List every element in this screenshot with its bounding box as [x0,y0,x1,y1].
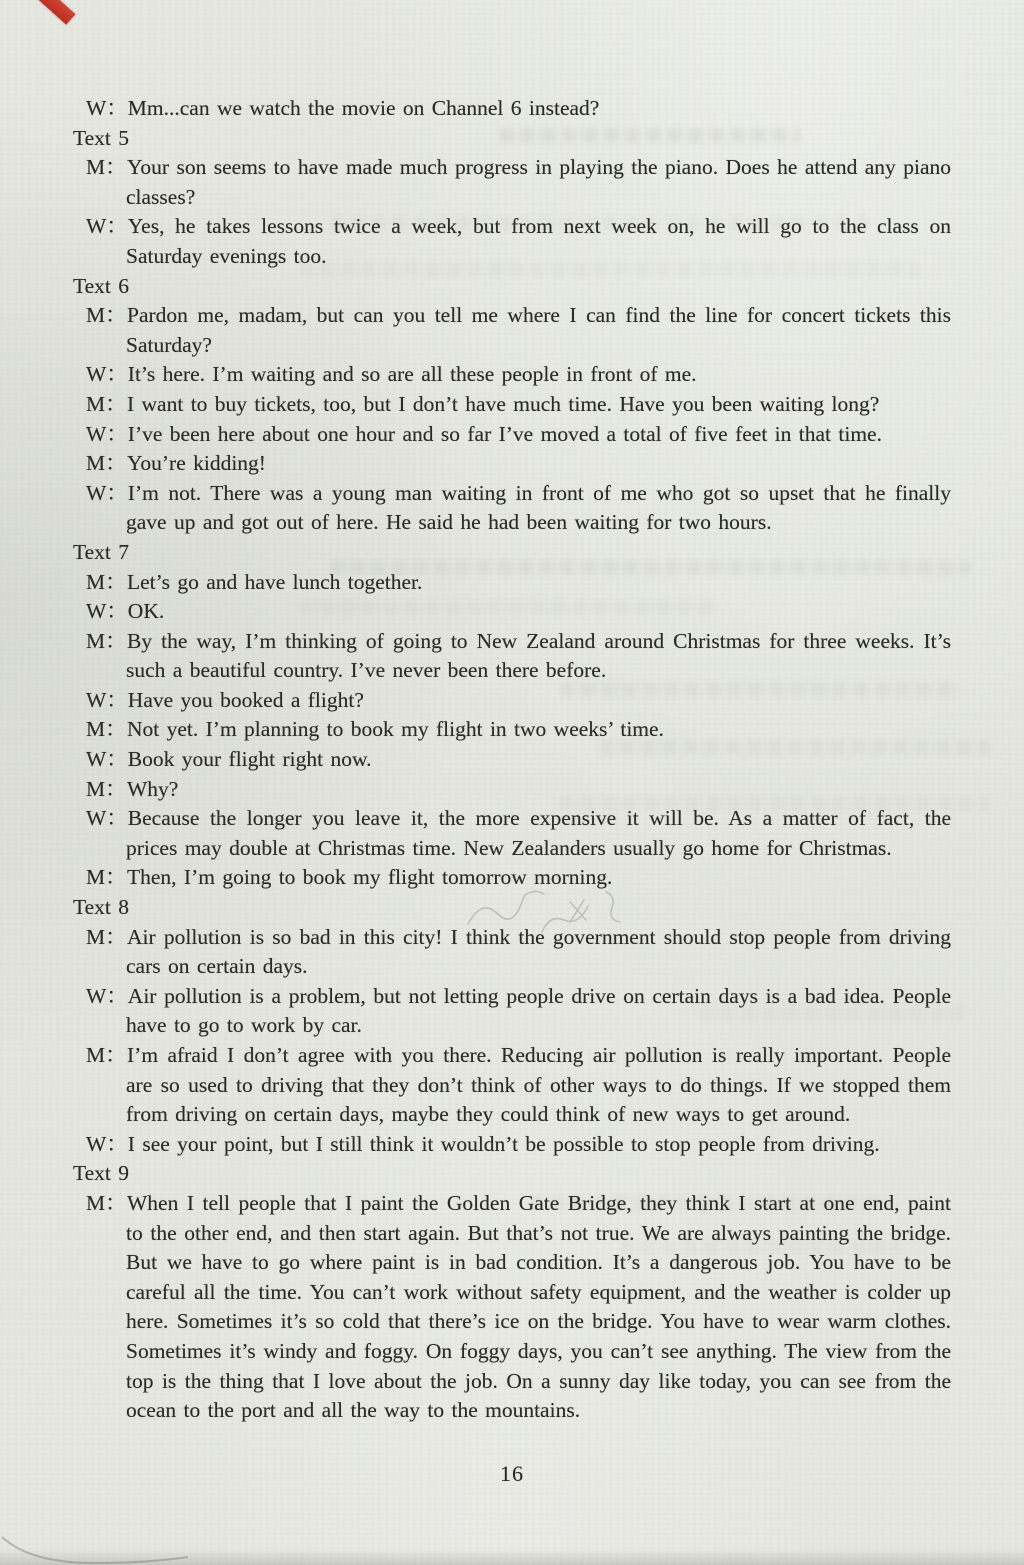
dialogue-line: W：I see your point, but I still think it… [73,1130,951,1160]
speaker-label: M： [86,1041,127,1071]
dialogue-text: Why? [127,777,178,801]
dialogue-line: M：Then, I’m going to book my flight tomo… [73,863,951,893]
speaker-label: W： [86,479,128,509]
dialogue-line: W：Yes, he takes lessons twice a week, bu… [73,212,951,271]
dialogue-line: W：OK. [73,597,951,627]
dialogue-line: M：Pardon me, madam, but can you tell me … [73,301,951,360]
speaker-label: M： [86,1189,127,1219]
dialogue-text: Yes, he takes lessons twice a week, but … [126,214,951,268]
text-section-heading: Text 7 [73,538,951,568]
dialogue-text: I see your point, but I still think it w… [128,1132,880,1156]
dialogue-line: W：I’ve been here about one hour and so f… [73,420,951,450]
dialogue-line: W：Because the longer you leave it, the m… [73,804,951,863]
dialogue-line: W：Mm...can we watch the movie on Channel… [73,94,951,124]
dialogue-text: Then, I’m going to book my flight tomorr… [127,865,612,889]
speaker-label: W： [86,212,128,242]
speaker-label: W： [86,597,128,627]
speaker-label: M： [86,715,127,745]
speaker-label: M： [86,153,127,183]
dialogue-line: M：Air pollution is so bad in this city! … [73,923,951,982]
dialogue-text: You’re kidding! [127,451,266,475]
speaker-label: M： [86,923,127,953]
dialogue-line: M：You’re kidding! [73,449,951,479]
dialogue-line: W：I’m not. There was a young man waiting… [73,479,951,538]
speaker-label: W： [86,1130,128,1160]
dialogue-line: M：When I tell people that I paint the Go… [73,1189,951,1426]
text-section-heading: Text 8 [73,893,951,923]
speaker-label: M： [86,449,127,479]
dialogue-text: It’s here. I’m waiting and so are all th… [128,362,697,386]
scanned-page: W：Mm...can we watch the movie on Channel… [0,0,1024,1565]
dialogue-line: M：Your son seems to have made much progr… [73,153,951,212]
dialogue-text: I’m afraid I don’t agree with you there.… [126,1043,951,1126]
speaker-label: W： [86,804,128,834]
speaker-label: W： [86,94,128,124]
speaker-label: M： [86,301,127,331]
dialogue-text: Your son seems to have made much progres… [126,155,951,209]
dialogue-text: Air pollution is a problem, but not lett… [126,984,951,1038]
dialogue-line: M：By the way, I’m thinking of going to N… [73,627,951,686]
speaker-label: M： [86,775,127,805]
speaker-label: W： [86,360,128,390]
dialogue-line: M：Why? [73,775,951,805]
speaker-label: M： [86,863,127,893]
dialogue-line: M：Let’s go and have lunch together. [73,568,951,598]
dialogue-text: By the way, I’m thinking of going to New… [126,629,951,683]
dialogue-text: Because the longer you leave it, the mor… [126,806,951,860]
dialogue-text: OK. [128,599,164,623]
text-section-heading: Text 6 [73,272,951,302]
dialogue-line: M：Not yet. I’m planning to book my fligh… [73,715,951,745]
speaker-label: M： [86,568,127,598]
transcript: W：Mm...can we watch the movie on Channel… [73,0,951,1426]
text-section-heading: Text 9 [73,1159,951,1189]
dialogue-text: I’ve been here about one hour and so far… [128,422,882,446]
speaker-label: M： [86,627,127,657]
page-curl-line [0,1531,190,1565]
dialogue-text: Let’s go and have lunch together. [127,570,422,594]
speaker-label: W： [86,745,128,775]
red-corner-mark [19,0,76,25]
dialogue-line: W：Air pollution is a problem, but not le… [73,982,951,1041]
dialogue-line: M：I want to buy tickets, too, but I don’… [73,390,951,420]
dialogue-text: When I tell people that I paint the Gold… [126,1191,951,1422]
speaker-label: W： [86,982,128,1012]
dialogue-text: Book your flight right now. [128,747,372,771]
dialogue-line: M：I’m afraid I don’t agree with you ther… [73,1041,951,1130]
dialogue-text: Air pollution is so bad in this city! I … [126,925,951,979]
text-section-heading: Text 5 [73,124,951,154]
page-number: 16 [0,1461,1024,1487]
dialogue-text: I’m not. There was a young man waiting i… [126,481,951,535]
dialogue-text: Have you booked a flight? [128,688,364,712]
dialogue-line: W：Have you booked a flight? [73,686,951,716]
dialogue-text: Not yet. I’m planning to book my flight … [127,717,664,741]
speaker-label: M： [86,390,127,420]
dialogue-text: Pardon me, madam, but can you tell me wh… [126,303,951,357]
speaker-label: W： [86,686,128,716]
dialogue-line: W：It’s here. I’m waiting and so are all … [73,360,951,390]
page-bottom-shadow [0,1549,1024,1565]
dialogue-text: I want to buy tickets, too, but I don’t … [127,392,879,416]
speaker-label: W： [86,420,128,450]
dialogue-text: Mm...can we watch the movie on Channel 6… [128,96,600,120]
dialogue-line: W：Book your flight right now. [73,745,951,775]
